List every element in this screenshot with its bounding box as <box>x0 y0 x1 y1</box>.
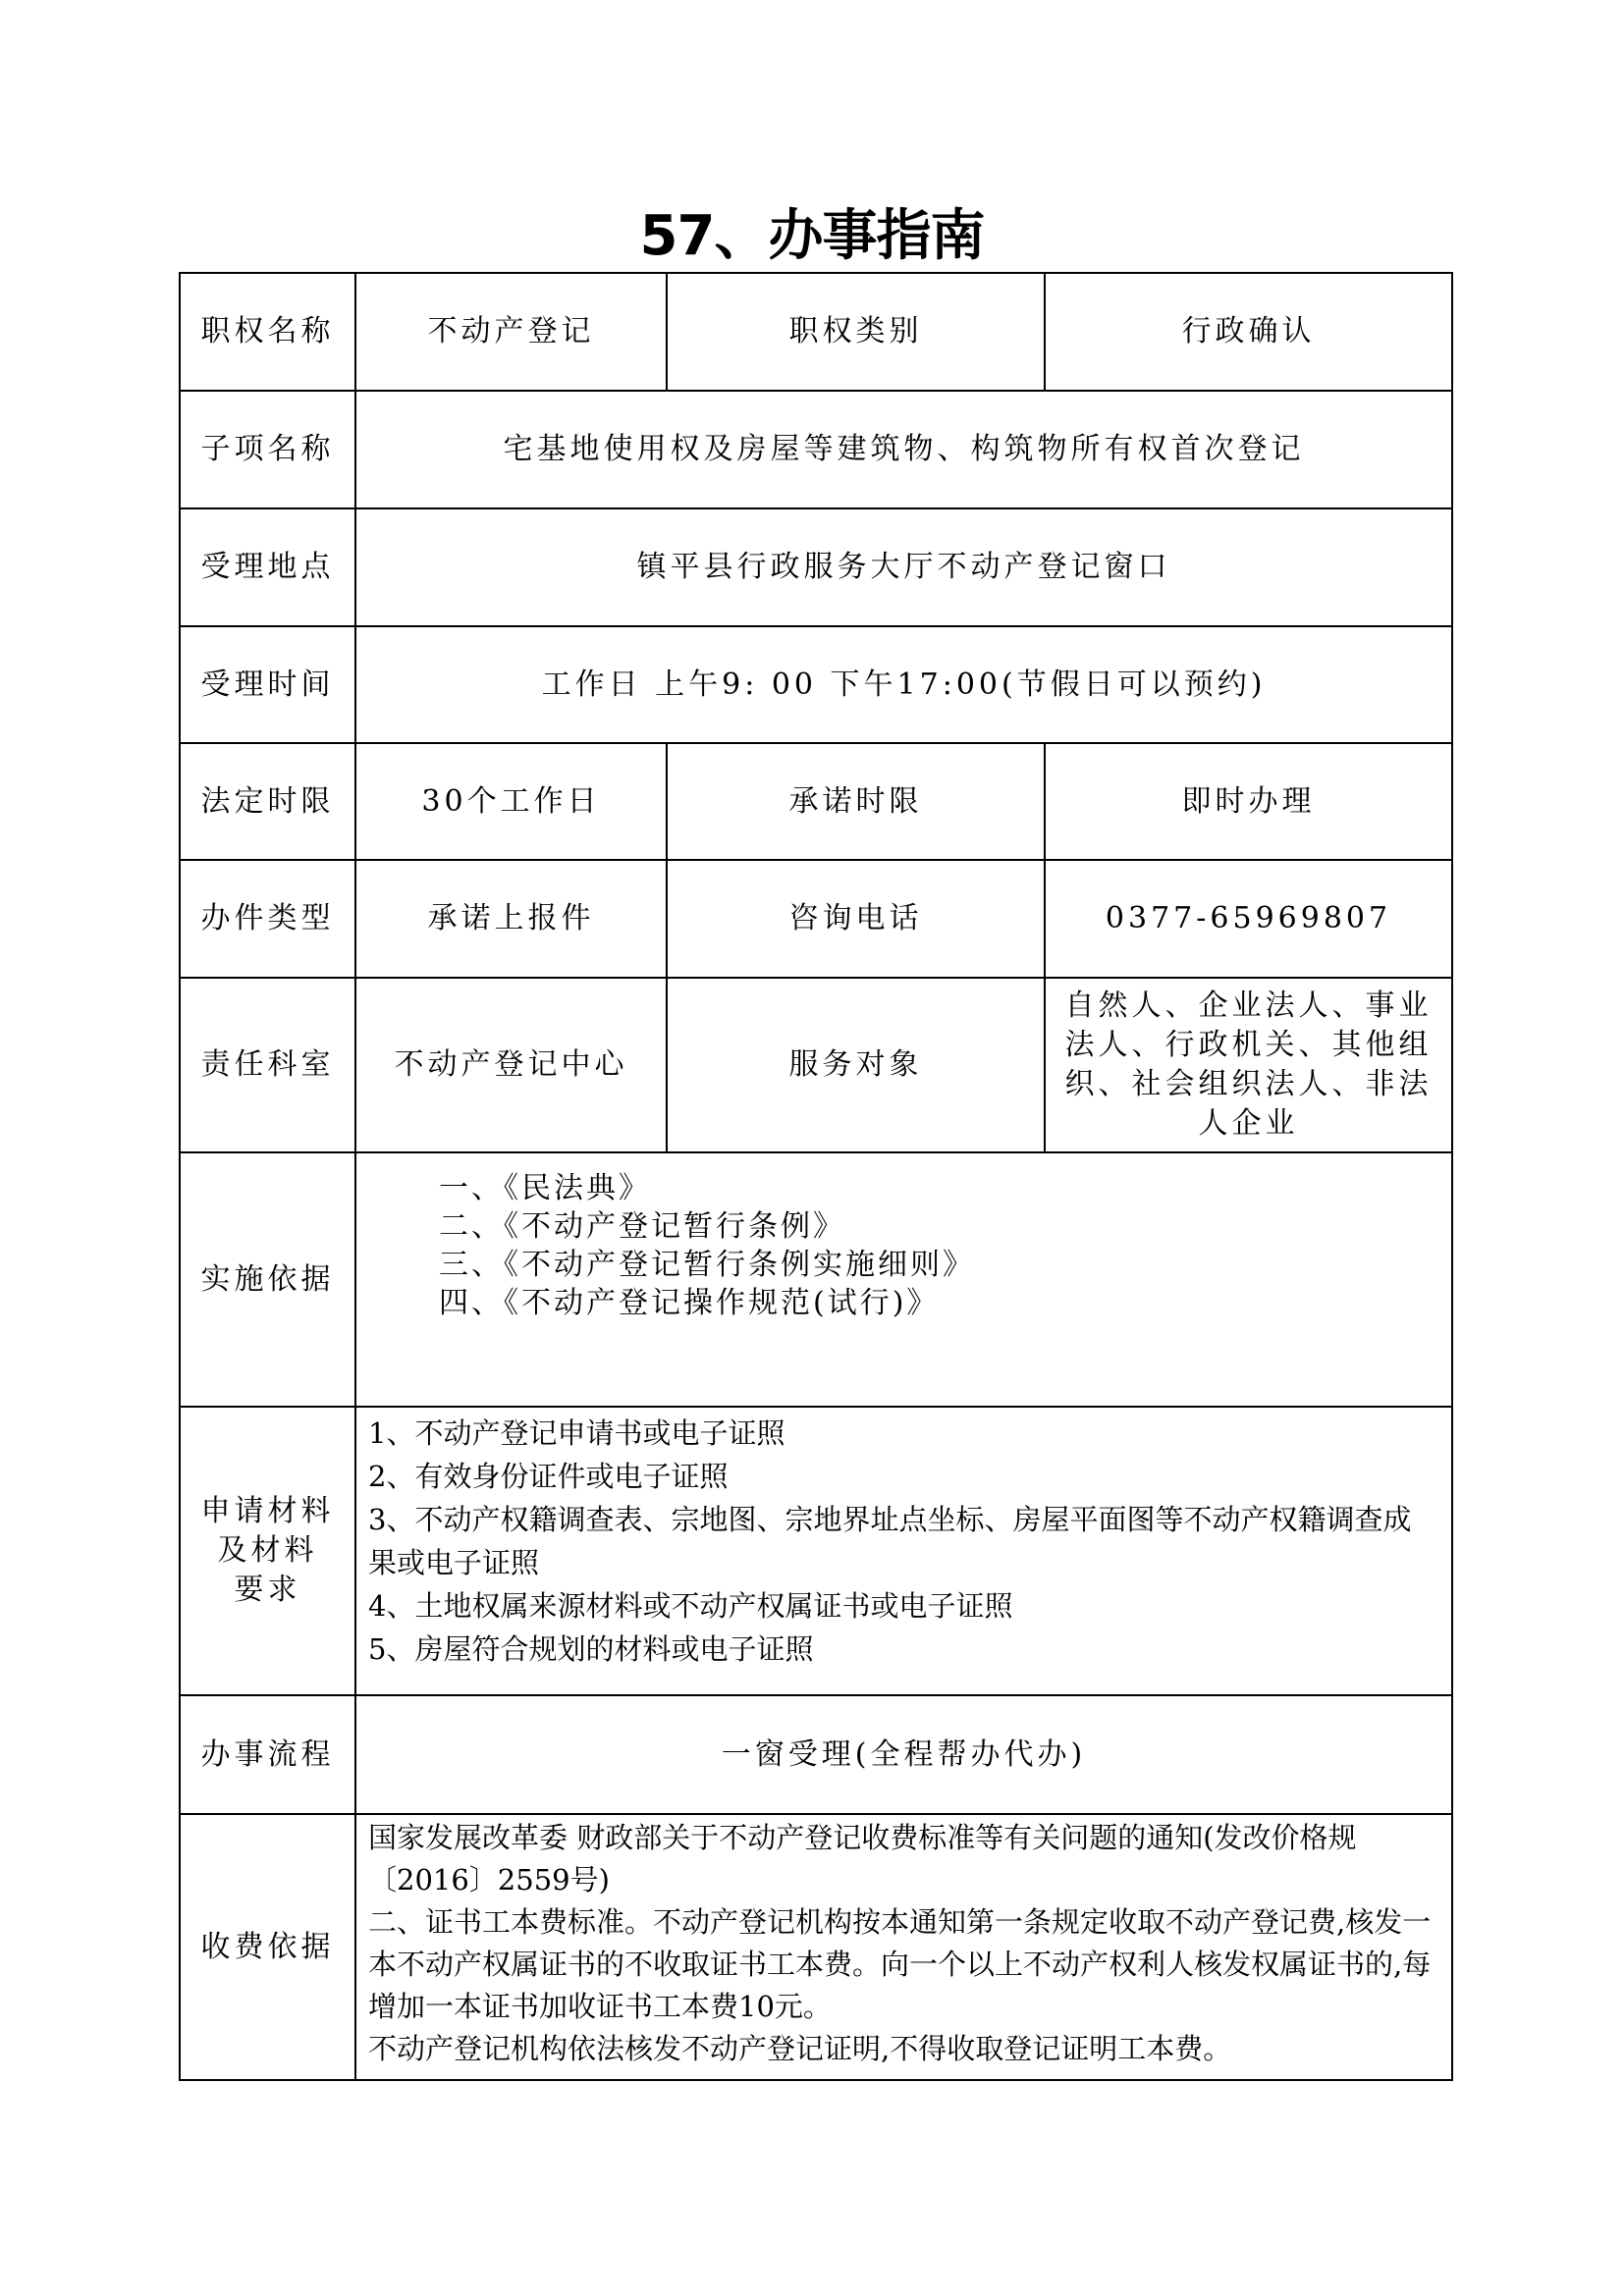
value-authority-name: 不动产登记 <box>355 273 667 391</box>
value-legal-basis: 一、《民法典》 二、《不动产登记暂行条例》 三、《不动产登记暂行条例实施细则》 … <box>355 1152 1452 1407</box>
row-materials: 申请材料 及材料 要求 1、不动产登记申请书或电子证照 2、有效身份证件或电子证… <box>180 1407 1452 1695</box>
row-location: 受理地点 镇平县行政服务大厅不动产登记窗口 <box>180 508 1452 626</box>
value-materials: 1、不动产登记申请书或电子证照 2、有效身份证件或电子证照 3、不动产权籍调查表… <box>355 1407 1452 1695</box>
label-service-target: 服务对象 <box>667 978 1045 1152</box>
label-phone: 咨询电话 <box>667 860 1045 978</box>
label-process: 办事流程 <box>180 1695 355 1814</box>
label-authority-category: 职权类别 <box>667 273 1045 391</box>
label-department: 责任科室 <box>180 978 355 1152</box>
service-target-line: 织、社会组织法人、非法 <box>1046 1065 1451 1104</box>
material-item: 3、不动产权籍调查表、宗地图、宗地界址点坐标、房屋平面图等不动产权籍调查成果或电… <box>368 1498 1437 1584</box>
value-department: 不动产登记中心 <box>355 978 667 1152</box>
page-title: 57、办事指南 <box>0 204 1624 269</box>
material-item: 1、不动产登记申请书或电子证照 <box>368 1412 1437 1455</box>
service-target-line: 法人、行政机关、其他组 <box>1046 1026 1451 1065</box>
row-process: 办事流程 一窗受理(全程帮办代办) <box>180 1695 1452 1814</box>
row-case-type: 办件类型 承诺上报件 咨询电话 0377-65969807 <box>180 860 1452 978</box>
row-authority-name: 职权名称 不动产登记 职权类别 行政确认 <box>180 273 1452 391</box>
label-fee-basis: 收费依据 <box>180 1814 355 2080</box>
legal-basis-item: 二、《不动产登记暂行条例》 <box>439 1207 1451 1246</box>
label-promised-time-limit: 承诺时限 <box>667 743 1045 860</box>
row-hours: 受理时间 工作日 上午9: 00 下午17:00(节假日可以预约) <box>180 626 1452 743</box>
service-target-line: 人企业 <box>1046 1104 1451 1144</box>
label-materials-line: 及材料 <box>181 1531 354 1571</box>
label-materials-line: 申请材料 <box>181 1492 354 1531</box>
label-sub-item: 子项名称 <box>180 391 355 508</box>
value-authority-category: 行政确认 <box>1045 273 1452 391</box>
label-hours: 受理时间 <box>180 626 355 743</box>
label-legal-basis: 实施依据 <box>180 1152 355 1407</box>
row-legal-basis: 实施依据 一、《民法典》 二、《不动产登记暂行条例》 三、《不动产登记暂行条例实… <box>180 1152 1452 1407</box>
fee-paragraph: 二、证书工本费标准。不动产登记机构按本通知第一条规定收取不动产登记费,核发一本不… <box>368 1901 1441 2028</box>
row-fee-basis: 收费依据 国家发展改革委 财政部关于不动产登记收费标准等有关问题的通知(发改价格… <box>180 1814 1452 2080</box>
legal-basis-item: 一、《民法典》 <box>439 1169 1451 1207</box>
value-service-target: 自然人、企业法人、事业 法人、行政机关、其他组 织、社会组织法人、非法 人企业 <box>1045 978 1452 1152</box>
service-target-line: 自然人、企业法人、事业 <box>1046 987 1451 1026</box>
value-case-type: 承诺上报件 <box>355 860 667 978</box>
value-sub-item: 宅基地使用权及房屋等建筑物、构筑物所有权首次登记 <box>355 391 1452 508</box>
legal-basis-item: 四、《不动产登记操作规范(试行)》 <box>439 1284 1451 1322</box>
value-legal-time-limit: 30个工作日 <box>355 743 667 860</box>
value-process: 一窗受理(全程帮办代办) <box>355 1695 1452 1814</box>
service-guide-table: 职权名称 不动产登记 职权类别 行政确认 子项名称 宅基地使用权及房屋等建筑物、… <box>179 272 1453 2081</box>
legal-basis-item: 三、《不动产登记暂行条例实施细则》 <box>439 1246 1451 1284</box>
label-legal-time-limit: 法定时限 <box>180 743 355 860</box>
row-sub-item: 子项名称 宅基地使用权及房屋等建筑物、构筑物所有权首次登记 <box>180 391 1452 508</box>
value-promised-time-limit: 即时办理 <box>1045 743 1452 860</box>
label-location: 受理地点 <box>180 508 355 626</box>
label-materials-line: 要求 <box>181 1571 354 1610</box>
material-item: 5、房屋符合规划的材料或电子证照 <box>368 1628 1437 1671</box>
label-materials: 申请材料 及材料 要求 <box>180 1407 355 1695</box>
fee-paragraph: 国家发展改革委 财政部关于不动产登记收费标准等有关问题的通知(发改价格规〔201… <box>368 1817 1441 1901</box>
fee-paragraph: 不动产登记机构依法核发不动产登记证明,不得收取登记证明工本费。 <box>368 2028 1441 2070</box>
value-fee-basis: 国家发展改革委 财政部关于不动产登记收费标准等有关问题的通知(发改价格规〔201… <box>355 1814 1452 2080</box>
value-hours: 工作日 上午9: 00 下午17:00(节假日可以预约) <box>355 626 1452 743</box>
value-location: 镇平县行政服务大厅不动产登记窗口 <box>355 508 1452 626</box>
label-case-type: 办件类型 <box>180 860 355 978</box>
material-item: 4、土地权属来源材料或不动产权属证书或电子证照 <box>368 1584 1437 1628</box>
value-phone: 0377-65969807 <box>1045 860 1452 978</box>
material-item: 2、有效身份证件或电子证照 <box>368 1455 1437 1498</box>
label-authority-name: 职权名称 <box>180 273 355 391</box>
row-department: 责任科室 不动产登记中心 服务对象 自然人、企业法人、事业 法人、行政机关、其他… <box>180 978 1452 1152</box>
row-time-limit: 法定时限 30个工作日 承诺时限 即时办理 <box>180 743 1452 860</box>
